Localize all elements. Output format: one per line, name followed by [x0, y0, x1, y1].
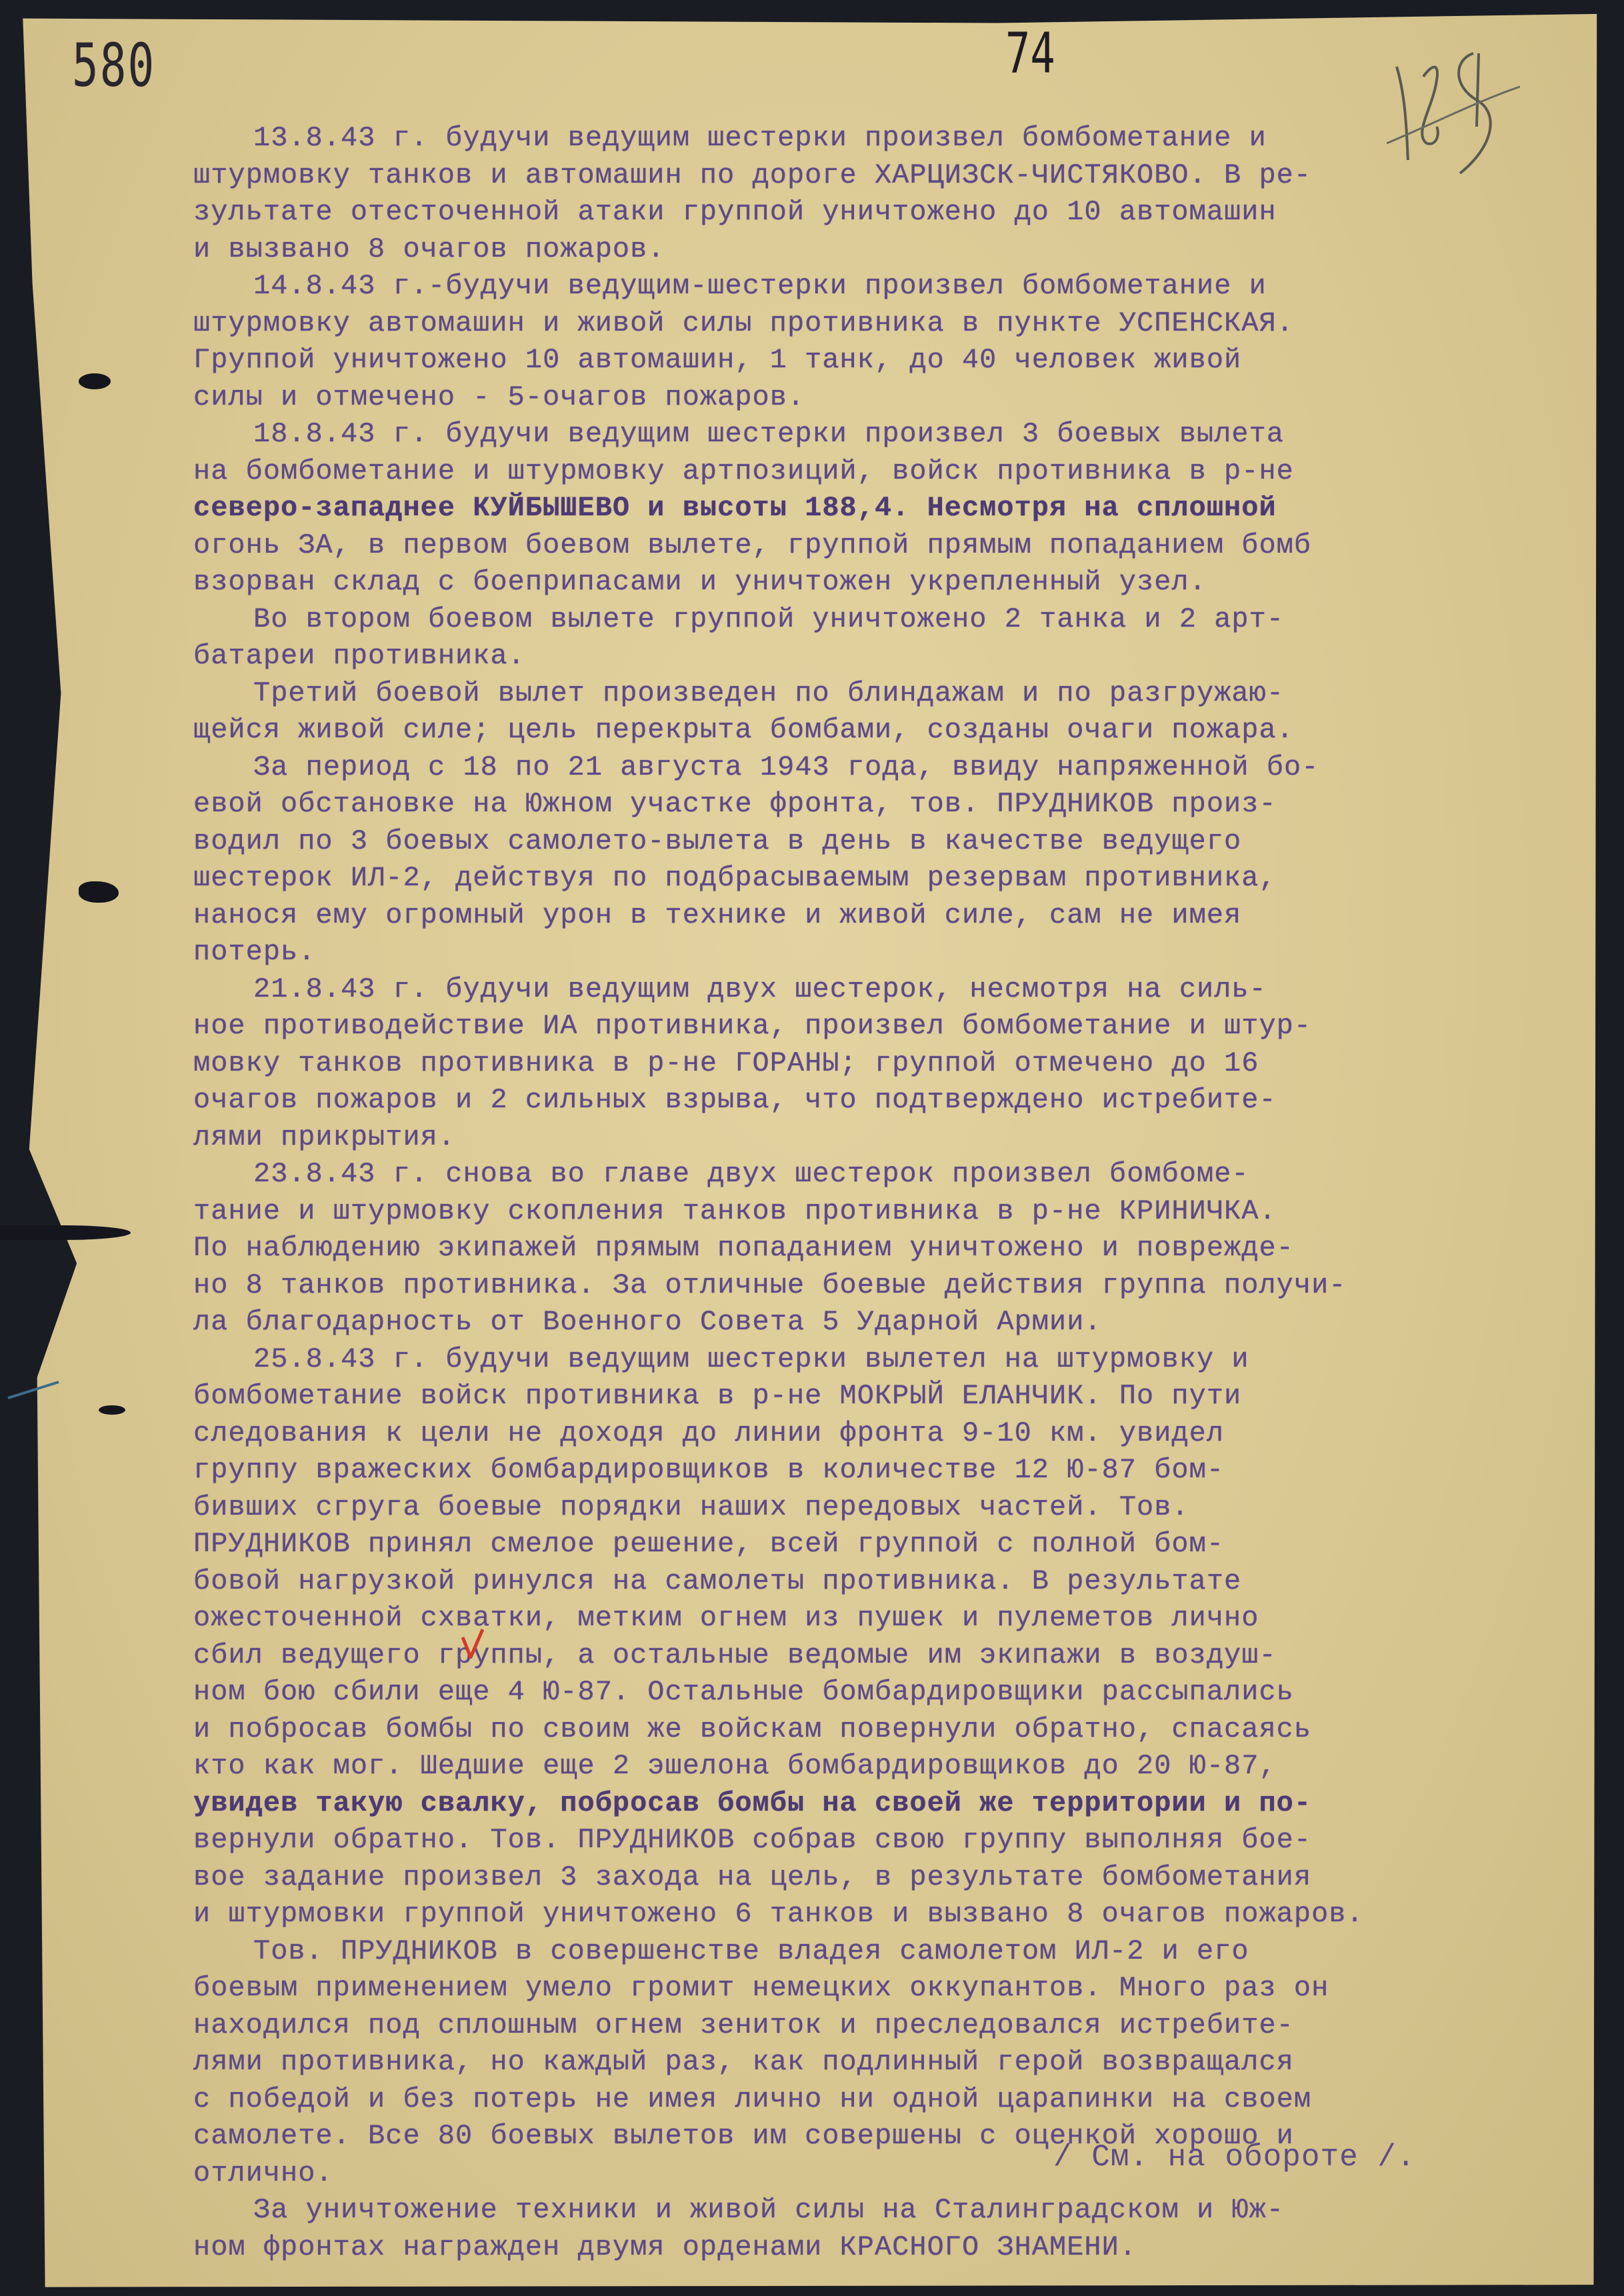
text-line: мовку танков противника в р-не ГОРАНЫ; г…	[193, 1045, 1500, 1083]
text-line: боевым применением умело громит немецких…	[193, 1970, 1500, 2007]
text-line: на бомбометание и штурмовку артпозиций, …	[193, 453, 1500, 491]
text-line: зультате отесточенной атаки группой унич…	[193, 194, 1500, 231]
text-line: бивших сгруга боевые порядки наших перед…	[193, 1489, 1500, 1527]
text-line: По наблюдению экипажей прямым попаданием…	[193, 1230, 1500, 1267]
text-line: батареи противника.	[193, 638, 1500, 675]
text-line: сбил ведущего группы, а остальные ведомы…	[193, 1637, 1500, 1675]
text-line: 23.8.43 г. снова во главе двух шестерок …	[193, 1156, 1500, 1193]
text-line: водил по 3 боевых самолето-вылета в день…	[193, 823, 1500, 861]
text-line: лями противника, но каждый раз, как подл…	[193, 2044, 1500, 2081]
text-line: Третий боевой вылет произведен по блинда…	[193, 675, 1500, 713]
text-line: бомбометание войск противника в р-не МОК…	[193, 1378, 1500, 1415]
text-line: взорван склад с боеприпасами и уничтожен…	[193, 564, 1500, 601]
text-line: и побросав бомбы по своим же войскам пов…	[193, 1711, 1500, 1749]
text-line: кто как мог. Шедшие еще 2 эшелона бомбар…	[193, 1748, 1500, 1785]
text-line: За уничтожение техники и живой силы на С…	[193, 2192, 1500, 2229]
punch-hole	[79, 881, 119, 903]
text-line: северо-западнее КУЙБЫШЕВО и высоты 188,4…	[193, 490, 1500, 527]
text-line: находился под сплошным огнем зениток и п…	[193, 2007, 1500, 2045]
text-line: и вызвано 8 очагов пожаров.	[193, 231, 1500, 269]
text-line: 14.8.43 г.-будучи ведущим-шестерки произ…	[193, 268, 1500, 305]
punch-hole	[79, 373, 111, 389]
text-line: ПРУДНИКОВ принял смелое решение, всей гр…	[193, 1526, 1500, 1563]
tear-mark	[0, 1225, 131, 1240]
archive-sheet-number: 580	[72, 31, 155, 100]
text-line: увидев такую свалку, побросав бомбы на с…	[193, 1785, 1500, 1823]
text-line: щейся живой силе; цель перекрыта бомбами…	[193, 712, 1500, 749]
text-line: вое задание произвел 3 захода на цель, в…	[193, 1859, 1500, 1897]
text-line: с победой и без потерь не имея лично ни …	[193, 2081, 1500, 2119]
text-line: 18.8.43 г. будучи ведущим шестерки произ…	[193, 416, 1500, 453]
text-line: ла благодарность от Военного Совета 5 Уд…	[193, 1304, 1500, 1341]
text-line: 25.8.43 г. будучи ведущим шестерки вылет…	[193, 1341, 1500, 1379]
text-line: евой обстановке на Южном участке фронта,…	[193, 786, 1500, 823]
ink-stroke	[7, 1379, 60, 1399]
text-line: За период с 18 по 21 августа 1943 года, …	[193, 749, 1500, 787]
text-line: силы и отмечено - 5-очагов пожаров.	[193, 379, 1500, 417]
red-check-mark-icon	[461, 1628, 484, 1659]
text-line: лями прикрытия.	[193, 1119, 1500, 1157]
text-line: следования к цели не доходя до линии фро…	[193, 1415, 1500, 1453]
text-line: нанося ему огромный урон в технике и жив…	[193, 897, 1500, 935]
text-line: штурмовку автомашин и живой силы противн…	[193, 305, 1500, 343]
text-line: тание и штурмовку скопления танков проти…	[193, 1193, 1500, 1231]
text-line: бовой нагрузкой ринулся на самолеты прот…	[193, 1563, 1500, 1601]
text-line: ном фронтах награжден двумя орденами КРА…	[193, 2229, 1500, 2267]
text-line: группу вражеских бомбардировщиков в коли…	[193, 1452, 1500, 1489]
text-line: но 8 танков противника. За отличные боев…	[193, 1267, 1500, 1305]
text-line: Тов. ПРУДНИКОВ в совершенстве владея сам…	[193, 1933, 1500, 1971]
see-reverse-note: / См. на обороте /.	[1053, 2140, 1416, 2175]
text-line: очагов пожаров и 2 сильных взрыва, что п…	[193, 1082, 1500, 1119]
page-number: 74	[1005, 20, 1055, 86]
text-line: шестерок ИЛ-2, действуя по подбрасываемы…	[193, 860, 1500, 897]
text-line: потерь.	[193, 934, 1500, 971]
text-line: Группой уничтожено 10 автомашин, 1 танк,…	[193, 342, 1500, 379]
text-line: Во втором боевом вылете группой уничтоже…	[193, 601, 1500, 639]
text-line: ожесточенной схватки, метким огнем из пу…	[193, 1600, 1500, 1637]
text-line: и штурмовки группой уничтожено 6 танков …	[193, 1896, 1500, 1933]
text-line: огонь ЗА, в первом боевом вылете, группо…	[193, 527, 1500, 565]
text-line: 21.8.43 г. будучи ведущим двух шестерок,…	[193, 971, 1500, 1009]
text-line: вернули обратно. Тов. ПРУДНИКОВ собрав с…	[193, 1822, 1500, 1859]
typewritten-body: 13.8.43 г. будучи ведущим шестерки произ…	[193, 120, 1500, 2266]
text-line: ное противодействие ИА противника, произ…	[193, 1008, 1500, 1045]
text-line: штурмовку танков и автомашин по дороге Х…	[193, 157, 1500, 195]
text-line: 13.8.43 г. будучи ведущим шестерки произ…	[193, 120, 1500, 157]
punch-hole	[99, 1405, 125, 1415]
text-line: ном бою сбили еще 4 Ю-87. Остальные бомб…	[193, 1674, 1500, 1711]
